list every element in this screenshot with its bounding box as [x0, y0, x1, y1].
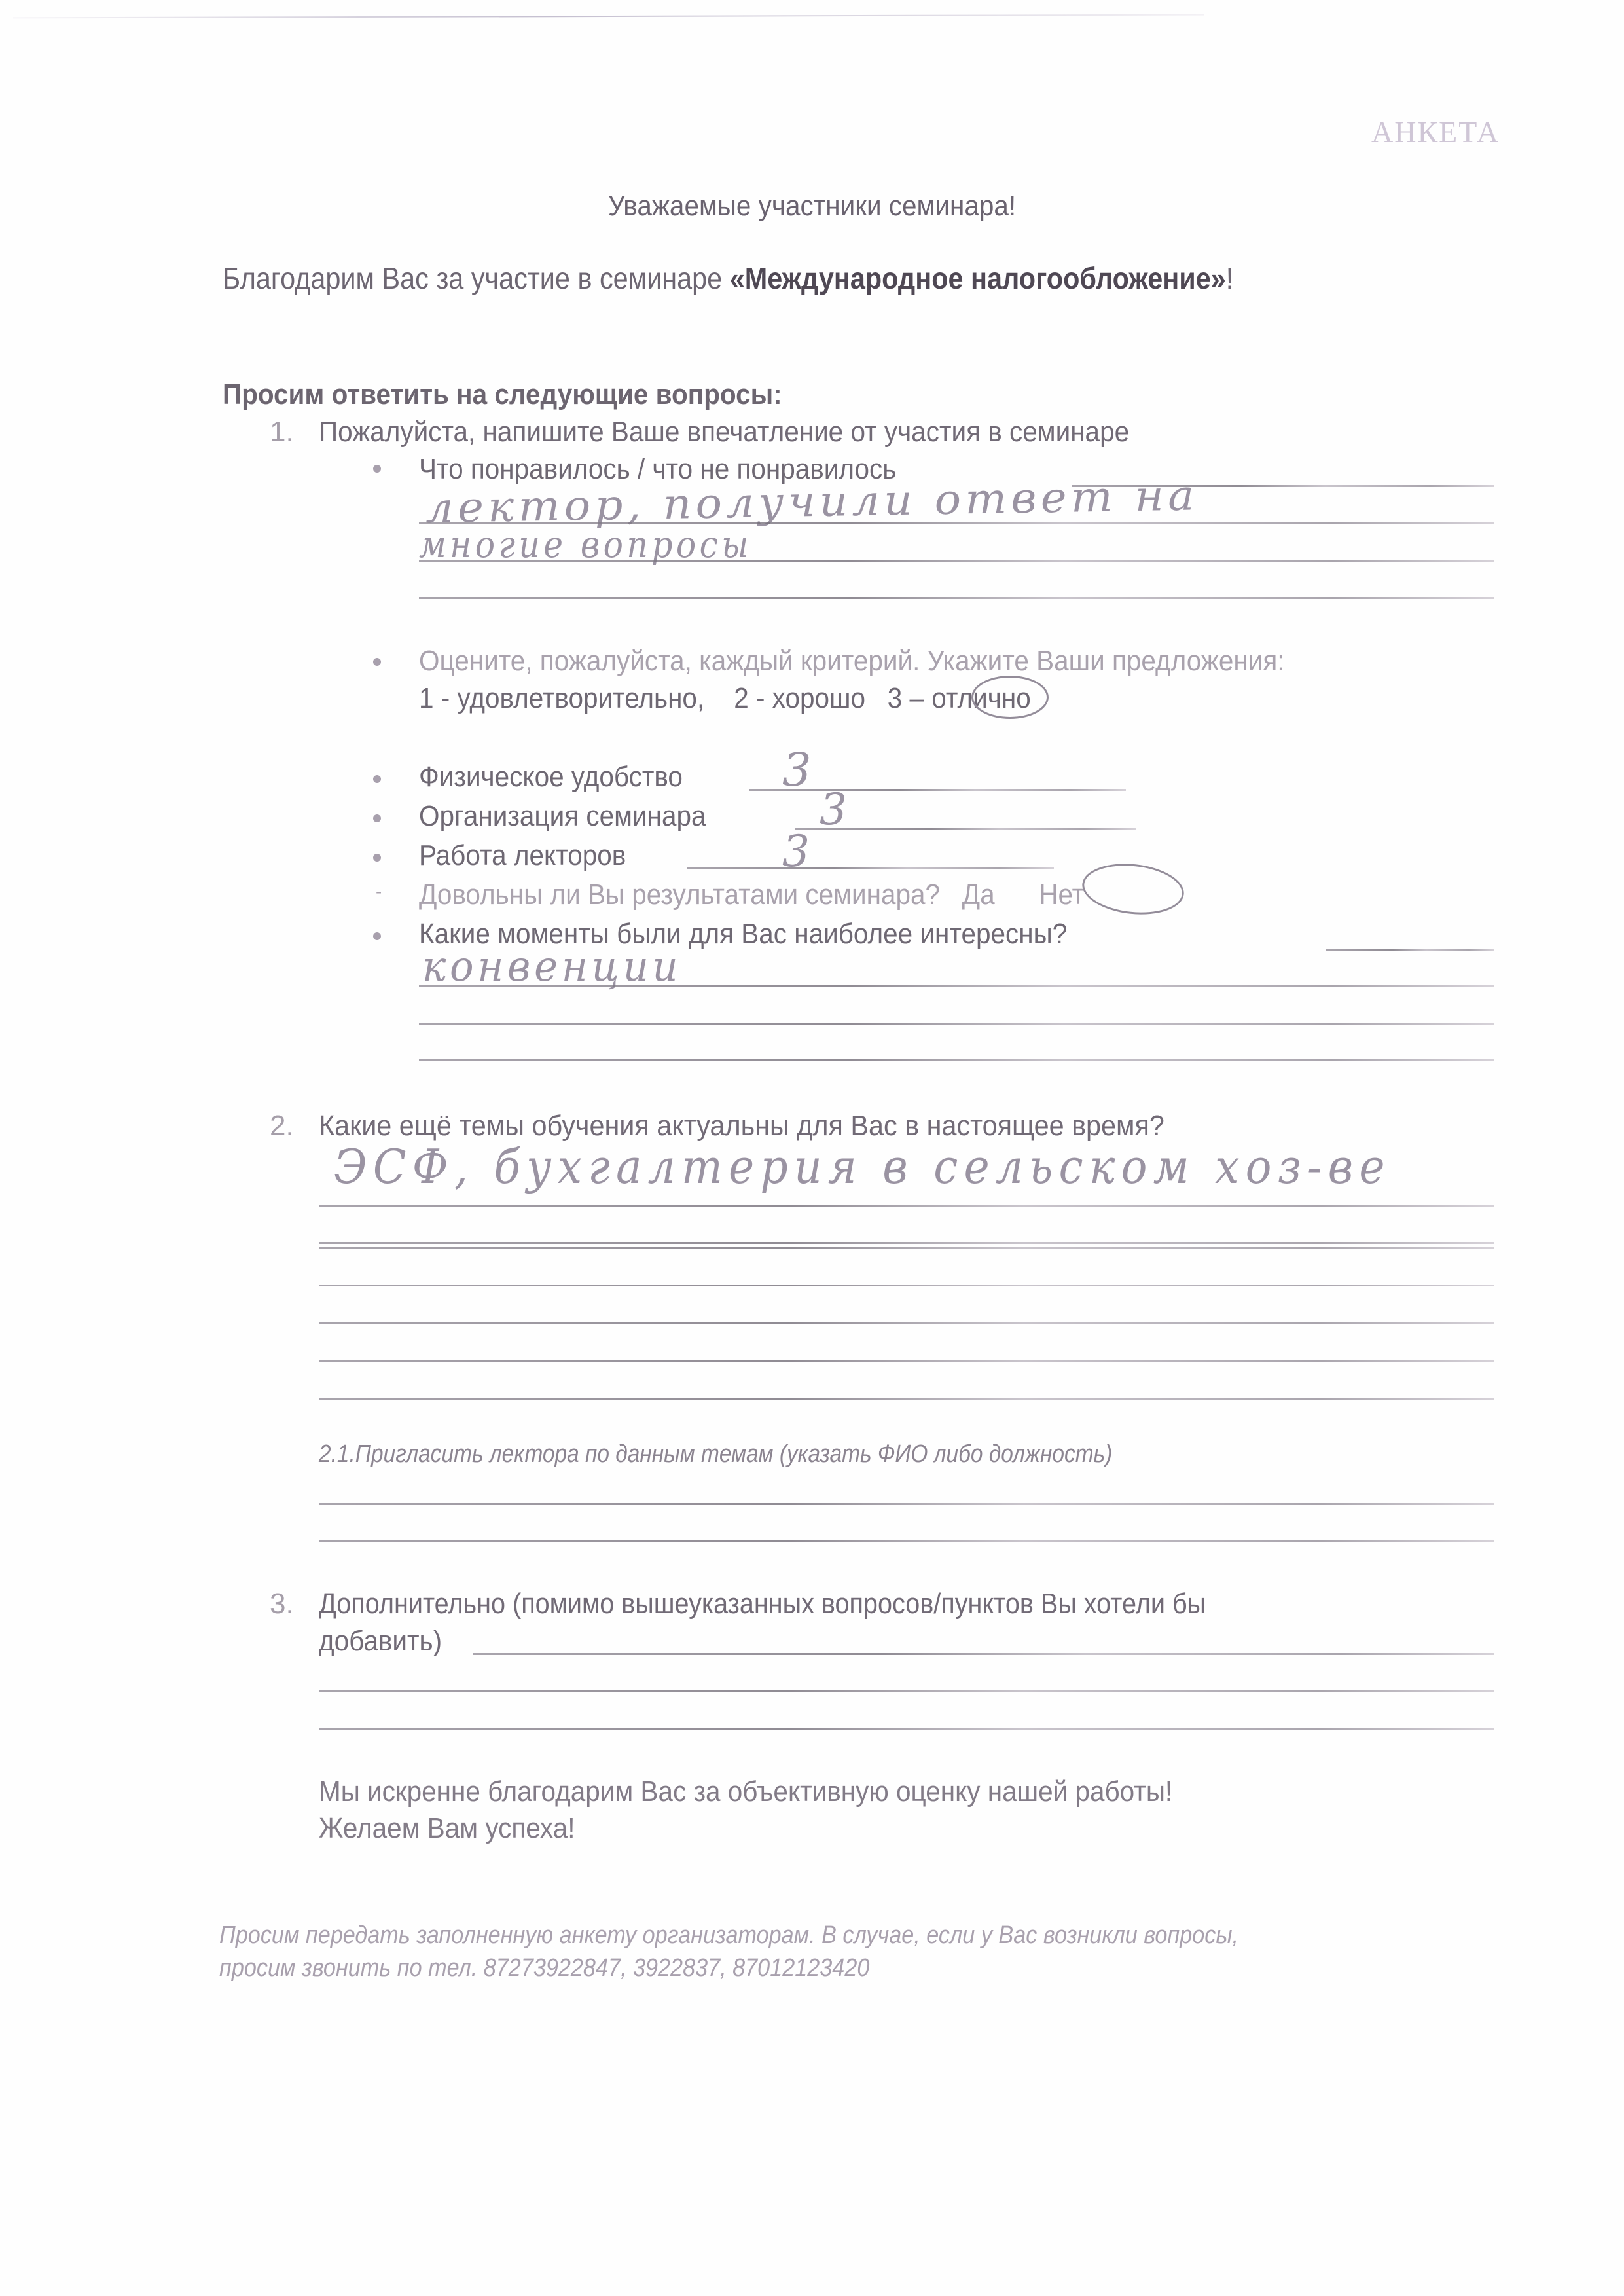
q2-number: 2. [270, 1110, 294, 1142]
scale-one: 1 - удовлетворительно, [419, 682, 704, 714]
satisfied-no-option[interactable]: Нет [1039, 879, 1084, 911]
answer-line[interactable] [319, 1540, 1494, 1542]
answer-line [419, 1023, 1494, 1025]
satisfied-label: Довольны ли Вы результатами семинара? Да… [419, 879, 1084, 911]
selected-circle-mark [971, 676, 1049, 719]
q1-text: Пожалуйста, напишите Ваше впечатление от… [319, 416, 1129, 448]
answer-line[interactable] [319, 1728, 1494, 1730]
bullet-icon [373, 775, 381, 783]
bullet-icon [373, 465, 381, 473]
q3-text-line1: Дополнительно (помимо вышеуказанных вопр… [319, 1588, 1206, 1620]
answer-line [419, 597, 1494, 599]
satisfied-question: Довольны ли Вы результатами семинара? [419, 879, 940, 911]
selected-circle-mark [1079, 859, 1186, 919]
satisfied-yes-option[interactable]: Да [962, 879, 995, 911]
dash-marker: - [376, 881, 382, 903]
answer-line[interactable] [319, 1503, 1494, 1505]
thanks-prefix: Благодарим Вас за участие в семинаре [223, 261, 730, 295]
rating-scale: 1 - удовлетворительно, 2 - хорошо 3 – от… [419, 682, 1031, 715]
answer-line [419, 560, 1494, 562]
rating-intro: Оцените, пожалуйста, каждый критерий. Ук… [419, 645, 1285, 678]
answer-line [687, 867, 1054, 869]
criterion-label: Физическое удобство [419, 761, 683, 793]
answer-line [319, 1285, 1494, 1286]
answer-line [319, 1247, 1494, 1249]
scale-three-number: 3 [888, 682, 903, 714]
greeting: Уважаемые участники семинара! [65, 190, 1559, 223]
footer-line2: просим звонить по тел. 87273922847, 3922… [219, 1954, 869, 1982]
form-label: АНКЕТА [1371, 115, 1500, 149]
answer-line [319, 1398, 1494, 1400]
criterion-score[interactable]: 3 [820, 784, 847, 835]
interesting-answer[interactable]: конвенции [422, 943, 681, 991]
footer-line1: Просим передать заполненную анкету орган… [219, 1922, 1238, 1950]
q2-text: Какие ещё темы обучения актуальны для Ва… [319, 1110, 1164, 1142]
seminar-title: «Международное налогообложение» [730, 261, 1226, 295]
intro-heading: Просим ответить на следующие вопросы: [223, 378, 782, 411]
criterion-label: Работа лекторов [419, 839, 626, 872]
bullet-icon [373, 658, 381, 666]
criterion-label: Организация семинара [419, 800, 706, 833]
q2-answer[interactable]: ЭСФ, бухгалтерия в сельском хоз-ве [334, 1139, 1391, 1194]
answer-line[interactable] [473, 1653, 1494, 1655]
answer-line [319, 1360, 1494, 1362]
answer-line [319, 1322, 1494, 1324]
answer-line [1326, 949, 1494, 951]
answer-line [419, 985, 1494, 987]
scan-edge [13, 14, 1204, 19]
criterion-score[interactable]: 3 [782, 826, 810, 877]
answer-line [319, 1205, 1494, 1207]
bullet-icon [373, 814, 381, 822]
bullet-icon [373, 854, 381, 862]
q1-number: 1. [270, 416, 294, 448]
closing-line2: Желаем Вам успеха! [319, 1812, 575, 1845]
answer-line[interactable] [319, 1690, 1494, 1692]
criterion-score[interactable]: 3 [782, 743, 812, 797]
thanks-line: Благодарим Вас за участие в семинаре «Ме… [223, 261, 1233, 296]
answer-line [319, 1242, 1494, 1244]
q2-sub-text: 2.1.Пригласить лектора по данным темам (… [319, 1440, 1112, 1468]
q3-text-line2: добавить) [319, 1625, 442, 1658]
answer-line [419, 1059, 1494, 1061]
q3-number: 3. [270, 1588, 294, 1620]
bullet-icon [373, 932, 381, 940]
scale-two: 2 - хорошо [734, 682, 865, 714]
closing-line1: Мы искренне благодарим Вас за объективну… [319, 1776, 1172, 1808]
thanks-suffix: ! [1226, 261, 1234, 295]
